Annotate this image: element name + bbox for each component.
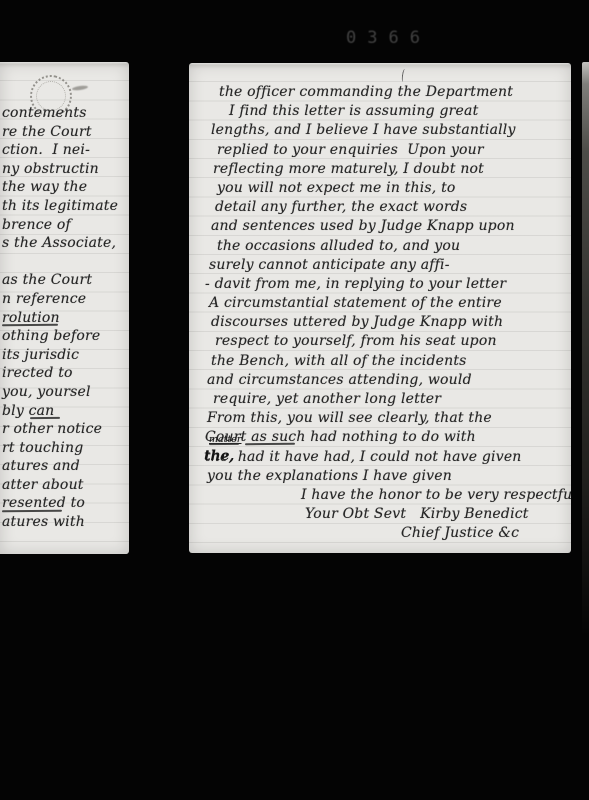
left-page-text: contements re the Court ction. I nei- ny…: [0, 62, 129, 532]
handwritten-line: ction. I nei-: [2, 141, 127, 160]
handwritten-line: othing before: [2, 327, 127, 346]
letter-text: the officer commanding the Department I …: [189, 63, 571, 544]
signature-line: Your Obt Sevt Kirby Benedict: [205, 505, 565, 524]
handwritten-line: th its legitimate: [2, 197, 127, 216]
handwritten-line: - davit from me, in replying to your let…: [205, 275, 565, 294]
handwritten-line: the occasions alluded to, and you: [205, 237, 565, 256]
handwritten-line: r other notice: [2, 420, 127, 439]
handwritten-line: discourses uttered by Judge Knapp with: [205, 313, 565, 332]
handwritten-line: and sentences used by Judge Knapp upon: [205, 217, 565, 236]
signature-title-line: Chief Justice &c: [205, 524, 565, 543]
handwritten-line: I find this letter is assuming great: [205, 102, 565, 121]
handwritten-line: the Bench, with all of the incidents: [205, 352, 565, 371]
ink-underline: [209, 443, 239, 445]
handwritten-line: the, had it have had, I could not have g…: [205, 448, 565, 467]
handwritten-line: as the Court: [2, 271, 127, 290]
handwritten-line: bly can: [2, 402, 127, 421]
handwritten-line: you will not expect me in this, to: [205, 179, 565, 198]
handwritten-line: From this, you will see clearly, that th…: [205, 409, 565, 428]
photographed-document-scan: 0366 contements re the Court ction. I ne…: [0, 0, 589, 800]
handwritten-line: re the Court: [2, 123, 127, 142]
overwritten-word: the,: [204, 447, 234, 466]
handwritten-line: surely cannot anticipate any affi-: [205, 256, 565, 275]
handwritten-line: s the Associate,: [2, 234, 127, 253]
handwritten-line: its jurisdic: [2, 346, 127, 365]
handwritten-line: irected to: [2, 364, 127, 383]
handwritten-line: the way the: [2, 178, 127, 197]
handwritten-line: the officer commanding the Department: [205, 83, 565, 102]
handwritten-line: A circumstantial statement of the entire: [205, 294, 565, 313]
handwritten-line: reflecting more maturely, I doubt not: [205, 160, 565, 179]
handwritten-line: n reference: [2, 290, 127, 309]
ink-underline: [30, 417, 60, 419]
adjacent-page-edge: [582, 62, 589, 637]
handwritten-line: ny obstructin: [2, 160, 127, 179]
handwritten-line: rt touching: [2, 439, 127, 458]
archival-number-stamp: 0366: [346, 28, 431, 48]
handwritten-line: require, yet another long letter: [205, 390, 565, 409]
handwritten-line: you, yoursel: [2, 383, 127, 402]
handwritten-line: respect to yourself, from his seat upon: [205, 332, 565, 351]
handwritten-line: lengths, and I believe I have substantia…: [205, 121, 565, 140]
handwritten-line: detail any further, the exact words: [205, 198, 565, 217]
handwritten-line-blank: [2, 253, 127, 272]
handwritten-line: replied to your enquiries Upon your: [205, 141, 565, 160]
handwritten-line: atures with: [2, 513, 127, 532]
handwritten-line: and circumstances attending, would: [205, 371, 565, 390]
handwritten-line: atures and: [2, 457, 127, 476]
letter-page: the officer commanding the Department I …: [189, 63, 571, 553]
handwritten-line: you the explanations I have given: [205, 467, 565, 486]
handwritten-line: contements: [2, 104, 127, 123]
handwritten-line: brence of: [2, 216, 127, 235]
handwritten-line: atter about: [2, 476, 127, 495]
left-page-fragment: contements re the Court ction. I nei- ny…: [0, 62, 129, 554]
closing-line: I have the honor to be very respectfully: [205, 486, 565, 505]
